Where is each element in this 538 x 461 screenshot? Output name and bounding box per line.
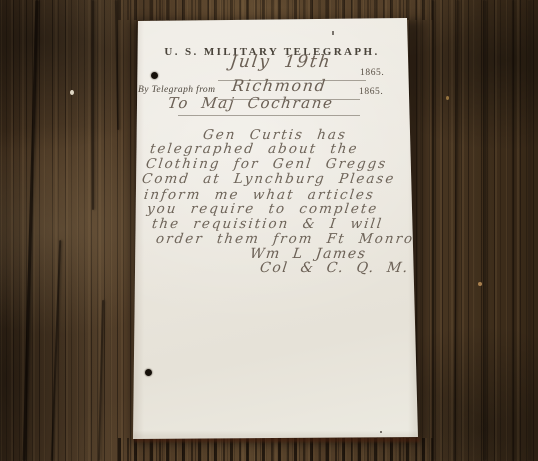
signature-rank: Col & C. Q. M. <box>259 260 410 276</box>
to-rule-line <box>178 115 360 116</box>
body-line: order them from Ft Monroe <box>155 231 425 247</box>
body-line: you require to complete <box>146 201 379 217</box>
handwritten-origin: Richmond <box>231 76 328 95</box>
punch-hole-bottom <box>145 369 152 376</box>
date-rule-line <box>218 80 366 81</box>
form-title: U. S. MILITARY TELEGRAPH. <box>130 46 414 58</box>
wood-grain-top-strip <box>118 0 433 20</box>
printed-year-date-line: 1865. <box>360 68 384 78</box>
wood-speck <box>478 282 482 286</box>
wood-speck <box>70 90 74 95</box>
paper-speck <box>332 31 334 35</box>
body-line: Gen Curtis has <box>202 127 348 143</box>
body-line: telegraphed about the <box>149 141 359 157</box>
photo-scene: U. S. MILITARY TELEGRAPH. July 19th 1865… <box>0 0 538 461</box>
body-line: inform me what articles <box>143 187 376 203</box>
wood-crack <box>483 0 486 461</box>
wood-crack <box>92 0 94 210</box>
wood-speck <box>446 96 449 100</box>
punch-hole-top <box>151 72 158 79</box>
telegraph-document: U. S. MILITARY TELEGRAPH. July 19th 1865… <box>130 16 420 440</box>
from-label: By Telegraph from <box>138 85 215 95</box>
body-line: Clothing for Genl Greggs <box>145 156 388 172</box>
wood-crack <box>512 0 514 461</box>
paper-speck <box>380 431 382 433</box>
body-line: Comd at Lynchburg Please <box>141 171 396 187</box>
signature-name: Wm L James <box>249 246 368 262</box>
printed-year-from-line: 1865. <box>359 87 383 97</box>
handwritten-addressee: To Maj Cochrane <box>167 94 335 112</box>
wood-crack <box>528 0 530 461</box>
from-rule-line <box>218 99 360 100</box>
body-line: the requisition & I will <box>151 216 384 232</box>
wood-crack <box>432 0 434 461</box>
handwritten-date: July 19th <box>229 52 333 72</box>
